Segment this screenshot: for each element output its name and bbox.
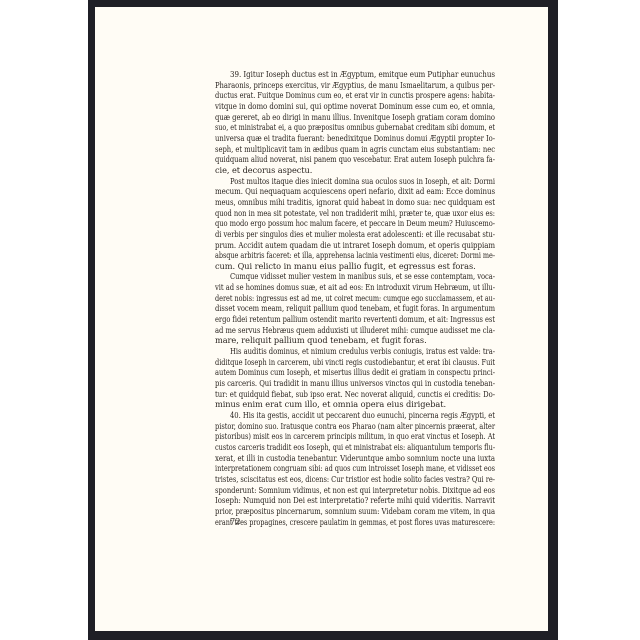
text-line: ergo fidei retentum pallium ostendit mar… <box>215 314 495 325</box>
text-line: tristes, sciscitatus est eos, dicens: Cu… <box>215 474 495 485</box>
text-line: cie, et decorus aspectu. <box>215 165 495 176</box>
body-text: 39. Igitur Ioseph ductus est in Ægyptum,… <box>215 69 495 527</box>
text-line: quæ gereret, ab eo dirigi in manu illius… <box>215 112 495 123</box>
text-line: diditque Ioseph in carcerem, ubi vincti … <box>215 357 495 368</box>
text-line: ductus erat. Fuitque Dominus cum eo, et … <box>215 90 495 101</box>
text-line: suo, et ministrabat ei, a quo præpositus… <box>215 122 495 133</box>
text-line: prum. Accidit autem quadam die ut intrar… <box>215 240 495 251</box>
text-line: Pharaonis, princeps exercitus, vir Ægypt… <box>215 80 495 91</box>
text-line: vit ad se homines domus suæ, et ait ad e… <box>215 282 495 293</box>
text-line: pistor, domino suo. Iratusque contra eos… <box>215 421 495 432</box>
text-line: pis carceris. Qui tradidit in manu illiu… <box>215 378 495 389</box>
text-line: Cumque vidisset mulier vestem in manibus… <box>215 271 495 282</box>
page-number: 72 <box>230 516 240 526</box>
text-line: di verbis per singulos dies et mulier mo… <box>215 229 495 240</box>
text-line: autem Dominus cum Ioseph, et misertus il… <box>215 367 495 378</box>
text-line: prior, præpositus pincernarum, somnium s… <box>215 506 495 517</box>
text-line: universa quæ ei tradita fuerant: benedix… <box>215 133 495 144</box>
text-line: quod non in mea sit potestate, vel non t… <box>215 208 495 219</box>
text-line: custos carceris tradidit eos Ioseph, qui… <box>215 442 495 453</box>
text-line: interpretationem congruam sibi: ad quos … <box>215 463 495 474</box>
text-line: deret nobis: ingressus est ad me, ut coi… <box>215 293 495 304</box>
text-line: Ioseph: Numquid non Dei est interpretati… <box>215 495 495 506</box>
text-line: absque arbitris faceret: et illa, appreh… <box>215 250 495 261</box>
text-line: ad me servus Hebræus quem adduxisti ut i… <box>215 325 495 336</box>
text-line: xerat, et illi in custodia tenebantur. V… <box>215 453 495 464</box>
text-line: cum. Qui relicto in manu eius pallio fug… <box>215 261 495 272</box>
text-line: erant tres propagines, crescere paulatim… <box>215 517 495 528</box>
text-line: mecum. Qui nequaquam acquiescens operi n… <box>215 186 495 197</box>
text-line: minus enim erat cum illo, et omnia opera… <box>215 399 495 410</box>
text-line: Post multos itaque dies iniecit domina s… <box>215 176 495 187</box>
text-line: meus, omnibus mihi traditis, ignorat qui… <box>215 197 495 208</box>
text-line: disset vocem meam, reliquit pallium quod… <box>215 303 495 314</box>
text-line: tur: et quidquid fiebat, sub ipso erat. … <box>215 389 495 400</box>
text-line: quo modo ergo possum hoc malum facere, e… <box>215 218 495 229</box>
text-line: mare, reliquit pallium quod tenebam, et … <box>215 335 495 346</box>
text-line: His auditis dominus, et nimium credulus … <box>215 346 495 357</box>
text-line: pistoribus) misit eos in carcerem princi… <box>215 431 495 442</box>
text-line: 40. His ita gestis, accidit ut peccarent… <box>215 410 495 421</box>
text-line: vitque in domo domini sui, qui optime no… <box>215 101 495 112</box>
text-line: 39. Igitur Ioseph ductus est in Ægyptum,… <box>215 69 495 80</box>
text-line: seph, et multiplicavit tam in ædibus qua… <box>215 144 495 155</box>
text-line: quidquam aliud noverat, nisi panem quo v… <box>215 154 495 165</box>
text-line: sponderunt: Somnium vidimus, et non est … <box>215 485 495 496</box>
